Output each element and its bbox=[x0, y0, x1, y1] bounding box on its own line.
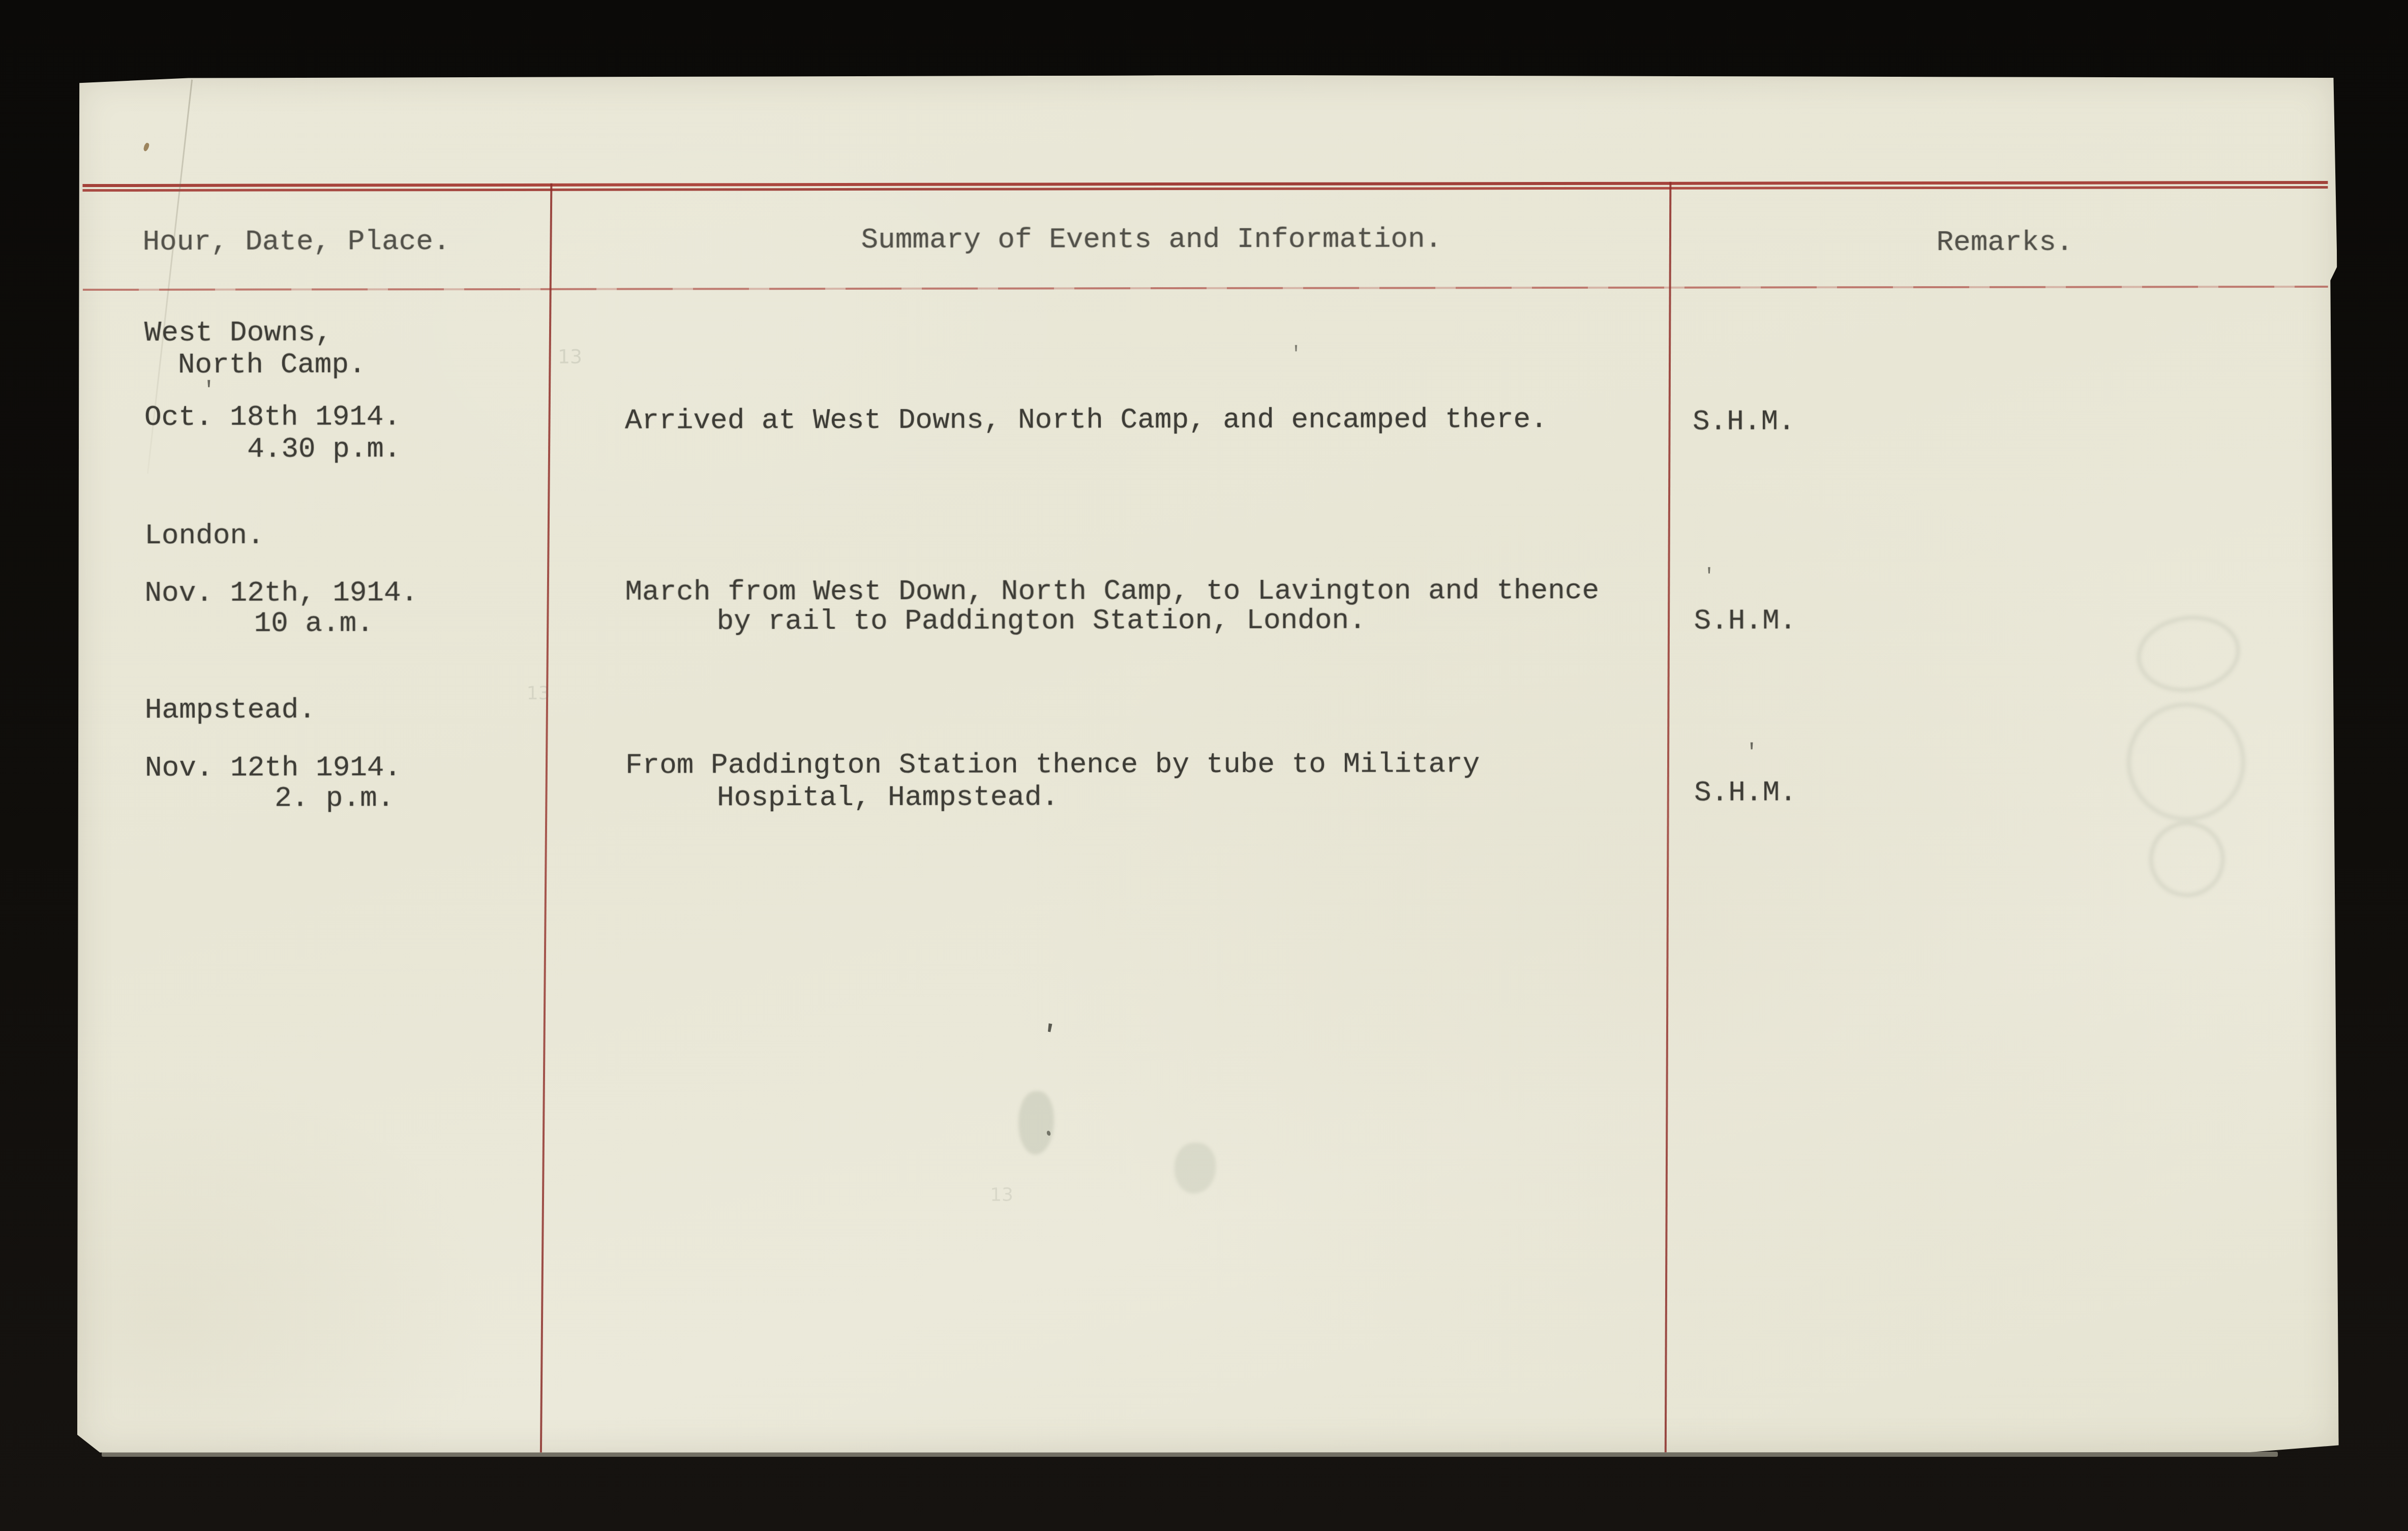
column-divider-left bbox=[540, 183, 553, 1454]
stray-apostrophe-5: ' bbox=[1745, 740, 1758, 765]
stray-apostrophe-4: ' bbox=[1703, 566, 1715, 589]
stray-apostrophe-2: ' bbox=[1290, 344, 1302, 366]
column-header-hour-date-place: Hour, Date, Place. bbox=[143, 226, 450, 258]
entry1-time: 4.30 p.m. bbox=[247, 433, 401, 465]
pencil-number-3: 13 bbox=[990, 1185, 1013, 1206]
embossed-stamp-top bbox=[2131, 609, 2245, 699]
entry3-time: 2. p.m. bbox=[275, 782, 394, 814]
entry2-time: 10 a.m. bbox=[254, 607, 374, 639]
embossed-stamp-middle bbox=[2126, 702, 2246, 821]
header-bottom-rule bbox=[83, 286, 2328, 291]
embossed-stamp-bottom bbox=[2142, 814, 2232, 904]
entry3-remark: S.H.M. bbox=[1694, 777, 1797, 809]
diary-page: Hour, Date, Place. Summary of Events and… bbox=[75, 74, 2339, 1455]
entry1-summary-line1: Arrived at West Downs, North Camp, and e… bbox=[625, 404, 1548, 437]
pencil-number-2: 13 bbox=[527, 683, 550, 704]
paper-smudge-2 bbox=[1174, 1143, 1216, 1193]
column-divider-right bbox=[1665, 182, 1672, 1453]
entry3-place-line1: Hampstead. bbox=[145, 694, 316, 726]
stray-apostrophe-1: ' bbox=[202, 378, 216, 404]
entry1-remark: S.H.M. bbox=[1693, 406, 1795, 438]
entry2-date: Nov. 12th, 1914. bbox=[144, 577, 418, 609]
brown-speck bbox=[143, 142, 150, 152]
entry1-date: Oct. 18th 1914. bbox=[144, 401, 401, 434]
column-header-summary: Summary of Events and Information. bbox=[861, 223, 1442, 256]
entry2-remark: S.H.M. bbox=[1694, 605, 1797, 637]
column-header-remarks: Remarks. bbox=[1937, 227, 2073, 259]
embossed-stamp bbox=[2105, 611, 2283, 901]
entry3-date: Nov. 12th 1914. bbox=[145, 752, 401, 784]
entry2-summary-line2: by rail to Paddington Station, London. bbox=[717, 605, 1366, 638]
entry2-place-line1: London. bbox=[144, 520, 264, 552]
entry1-place-line2: North Camp. bbox=[178, 349, 366, 381]
entry2-summary-line1: March from West Down, North Camp, to Lav… bbox=[625, 575, 1599, 608]
entry1-place-line1: West Downs, bbox=[144, 317, 333, 349]
scanned-page-scene: Hour, Date, Place. Summary of Events and… bbox=[0, 0, 2408, 1531]
pencil-number-1: 13 bbox=[558, 346, 582, 368]
entry3-summary-line2: Hospital, Hampstead. bbox=[717, 781, 1059, 814]
stray-apostrophe-3: ' bbox=[1038, 1020, 1059, 1052]
entry3-summary-line1: From Paddington Station thence by tube t… bbox=[625, 748, 1480, 781]
top-double-rule-lower bbox=[82, 186, 2328, 192]
paper-smudge-1 bbox=[1018, 1091, 1054, 1154]
